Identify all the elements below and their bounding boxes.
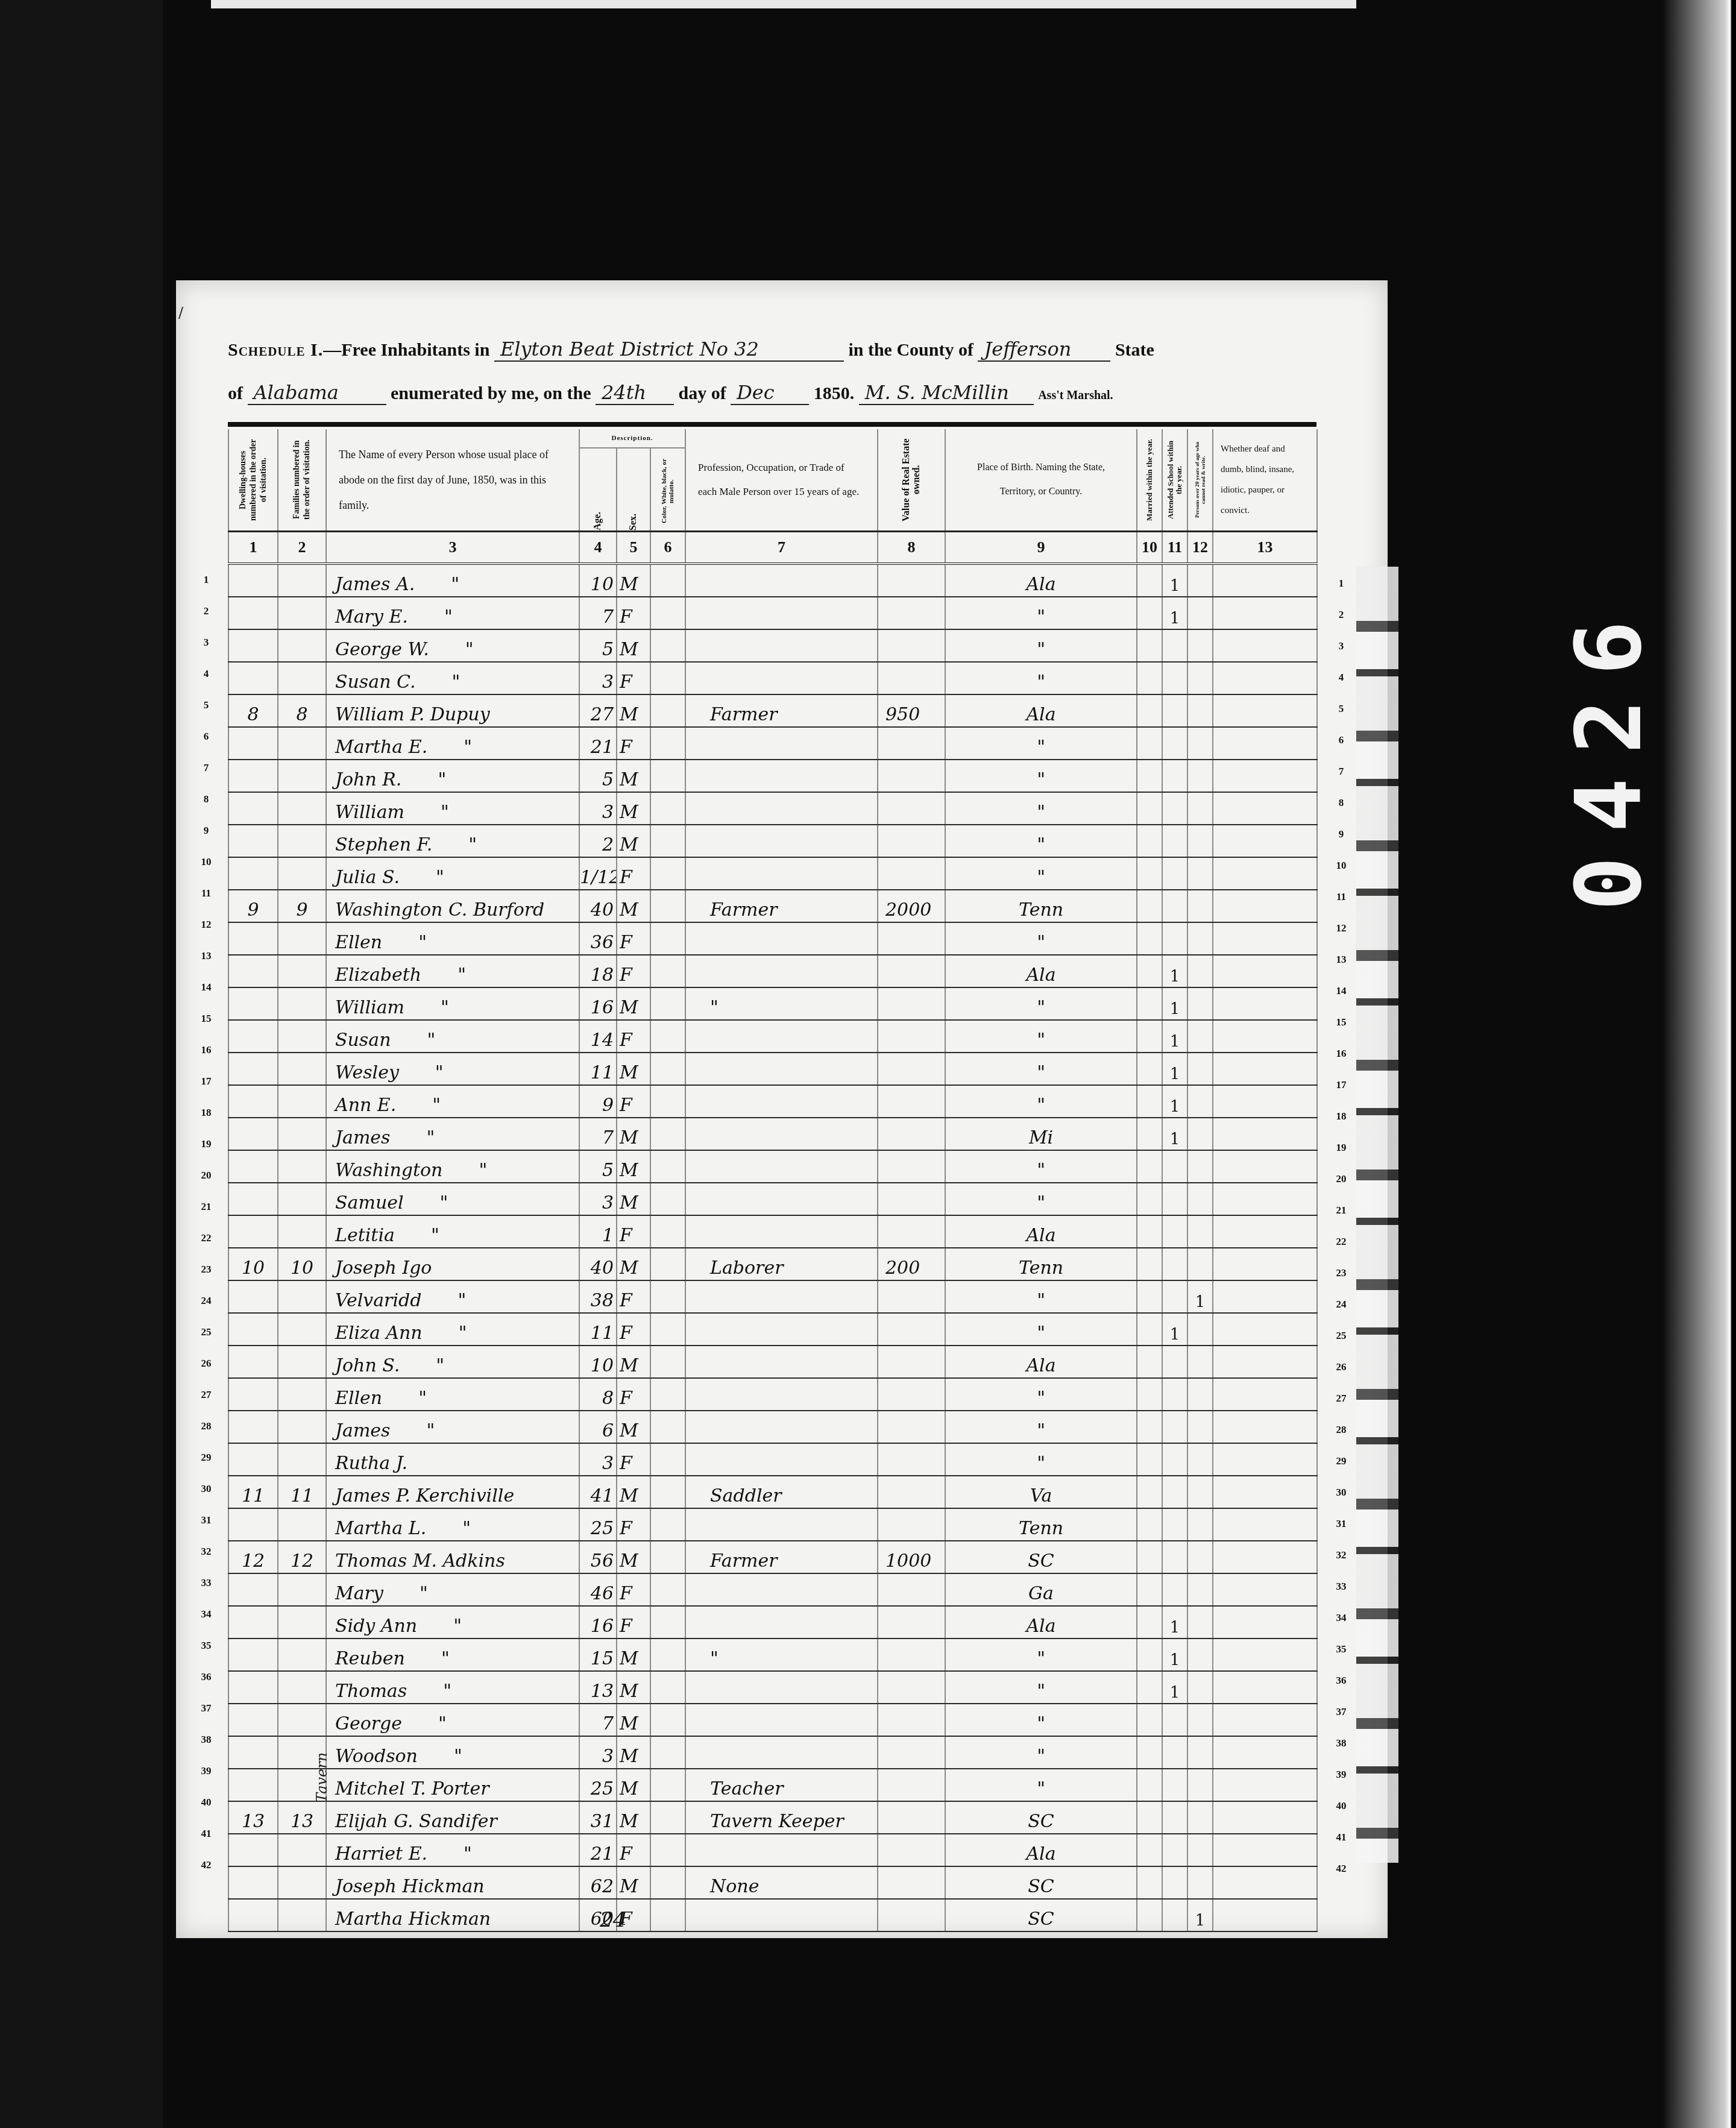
real-estate-value-cell <box>878 1150 945 1183</box>
birthplace-cell: SC <box>945 1866 1137 1899</box>
birthplace-cell: " <box>945 1183 1137 1215</box>
occupation-cell <box>685 1053 878 1085</box>
condition-cell <box>1213 1573 1317 1606</box>
real-estate-value-cell <box>878 1834 945 1866</box>
family-number-cell <box>278 825 326 857</box>
dwelling-number-cell <box>228 825 278 857</box>
col-header-dwelling: Dwelling-houses numbered in the order of… <box>228 429 278 532</box>
line-number: 10 <box>1329 850 1353 881</box>
birthplace-cell: SC <box>945 1801 1137 1834</box>
person-name-cell: Mary E." <box>326 597 579 629</box>
real-estate-value-cell <box>878 1280 945 1313</box>
schedule-header-line-1: Schedule I.—Free Inhabitants in Elyton B… <box>228 338 1154 362</box>
age-cell: 18 <box>579 955 617 987</box>
person-name: Sidy Ann <box>335 1616 417 1637</box>
birthplace-cell: " <box>945 1769 1137 1801</box>
school-mark-cell <box>1162 1899 1187 1931</box>
occupation-cell: Farmer <box>685 1541 878 1573</box>
age-cell: 56 <box>579 1541 617 1573</box>
line-number: 35 <box>1329 1634 1353 1665</box>
schedule-label: Schedule I. <box>228 340 323 360</box>
dwelling-number-cell <box>228 1638 278 1671</box>
real-estate-value-cell <box>878 727 945 760</box>
birthplace-cell: " <box>945 1443 1137 1476</box>
county-field: Jefferson <box>978 338 1110 362</box>
condition-cell <box>1213 629 1317 662</box>
family-number-cell <box>278 629 326 662</box>
birthplace-cell: SC <box>945 1541 1137 1573</box>
real-estate-value-cell <box>878 1443 945 1476</box>
person-name: Susan <box>335 1030 391 1051</box>
married-mark-cell <box>1137 727 1162 760</box>
line-number: 5 <box>1329 693 1353 725</box>
condition-cell <box>1213 1183 1317 1215</box>
school-mark-cell <box>1162 825 1187 857</box>
married-mark-cell <box>1137 825 1162 857</box>
person-name: Joseph Hickman <box>335 1876 485 1897</box>
illiterate-mark-cell <box>1187 727 1213 760</box>
family-number-cell <box>278 922 326 955</box>
person-name: Martha Hickman <box>335 1909 491 1930</box>
illiterate-mark-cell <box>1187 922 1213 955</box>
school-mark-cell: 1 <box>1162 1606 1187 1638</box>
dwelling-number-cell <box>228 629 278 662</box>
condition-cell <box>1213 987 1317 1020</box>
line-number: 13 <box>1329 944 1353 975</box>
illiterate-mark-cell <box>1187 1866 1213 1899</box>
dwelling-number-cell <box>228 1020 278 1053</box>
line-number: 25 <box>194 1320 218 1352</box>
school-mark-cell <box>1162 1736 1187 1769</box>
sex-cell: F <box>617 1834 650 1866</box>
birthplace-cell: Tenn <box>945 1248 1137 1280</box>
occupation-cell <box>685 955 878 987</box>
line-number: 27 <box>194 1383 218 1414</box>
occupation-cell <box>685 1834 878 1866</box>
condition-cell <box>1213 890 1317 922</box>
census-row: George W."5M" <box>228 629 1317 662</box>
family-number-cell <box>278 1704 326 1736</box>
census-row: William"16M""1 <box>228 987 1317 1020</box>
color-cell <box>650 1150 685 1183</box>
real-estate-value-cell <box>878 1736 945 1769</box>
census-row: Washington"5M" <box>228 1150 1317 1183</box>
school-mark-cell <box>1162 1573 1187 1606</box>
illiterate-mark-cell <box>1187 1704 1213 1736</box>
dwelling-number-cell <box>228 1508 278 1541</box>
person-name-cell: Joseph Igo <box>326 1248 579 1280</box>
sex-cell: F <box>617 922 650 955</box>
age-cell: 2 <box>579 825 617 857</box>
census-row: Ellen"36F" <box>228 922 1317 955</box>
family-number-cell <box>278 1606 326 1638</box>
line-number: 12 <box>194 913 218 944</box>
line-number: 7 <box>194 756 218 787</box>
col-number: 5 <box>617 532 650 564</box>
line-number: 38 <box>1329 1728 1353 1759</box>
census-row: Sidy Ann"16FAla1 <box>228 1606 1317 1638</box>
birthplace-cell: SC <box>945 1899 1137 1931</box>
color-cell <box>650 1606 685 1638</box>
color-cell <box>650 1834 685 1866</box>
real-estate-value-cell <box>878 1801 945 1834</box>
condition-cell <box>1213 1313 1317 1346</box>
age-cell: 25 <box>579 1508 617 1541</box>
surname-ditto-mark: " <box>465 639 474 660</box>
person-name-cell: Martha Hickman <box>326 1899 579 1931</box>
illiterate-mark-cell <box>1187 987 1213 1020</box>
condition-cell <box>1213 1866 1317 1899</box>
married-mark-cell <box>1137 1834 1162 1866</box>
census-row: 1212Thomas M. Adkins56MFarmer1000SC <box>228 1541 1317 1573</box>
dwelling-number-cell: 12 <box>228 1541 278 1573</box>
person-name-cell: James" <box>326 1411 579 1443</box>
illiterate-mark-cell <box>1187 1248 1213 1280</box>
line-number: 3 <box>1329 631 1353 662</box>
line-number: 34 <box>1329 1602 1353 1634</box>
col-number: 8 <box>878 532 945 564</box>
family-number-cell: 12 <box>278 1541 326 1573</box>
age-cell: 3 <box>579 1736 617 1769</box>
sex-cell: M <box>617 1769 650 1801</box>
sex-cell: M <box>617 1541 650 1573</box>
line-number: 18 <box>194 1101 218 1132</box>
illiterate-mark-cell <box>1187 1736 1213 1769</box>
condition-cell <box>1213 1280 1317 1313</box>
person-name-cell: Velvaridd" <box>326 1280 579 1313</box>
color-cell <box>650 760 685 792</box>
real-estate-value-cell <box>878 597 945 629</box>
birthplace-cell: " <box>945 597 1137 629</box>
married-mark-cell <box>1137 1313 1162 1346</box>
age-cell: 3 <box>579 662 617 694</box>
real-estate-value-cell <box>878 760 945 792</box>
occupation-cell: " <box>685 1638 878 1671</box>
dwelling-number-cell <box>228 987 278 1020</box>
illiterate-mark-cell <box>1187 1378 1213 1411</box>
school-mark-cell <box>1162 1248 1187 1280</box>
occupation-cell <box>685 597 878 629</box>
school-mark-cell <box>1162 857 1187 890</box>
surname-ditto-mark: " <box>418 1388 427 1409</box>
surname-ditto-mark: " <box>440 1192 448 1214</box>
color-cell <box>650 1085 685 1118</box>
school-mark-cell: 1 <box>1162 1020 1187 1053</box>
line-number: 6 <box>1329 725 1353 756</box>
census-row: Stephen F."2M" <box>228 825 1317 857</box>
color-cell <box>650 1215 685 1248</box>
birthplace-cell: " <box>945 1704 1137 1736</box>
school-mark-cell: 1 <box>1162 1671 1187 1704</box>
sex-cell: F <box>617 1606 650 1638</box>
col-number: 9 <box>945 532 1137 564</box>
dwelling-number-cell <box>228 1150 278 1183</box>
color-cell <box>650 955 685 987</box>
col-number: 6 <box>650 532 685 564</box>
col-number: 12 <box>1187 532 1213 564</box>
birthplace-cell: Tenn <box>945 1508 1137 1541</box>
married-mark-cell <box>1137 564 1162 597</box>
dwelling-number-cell: 9 <box>228 890 278 922</box>
sex-cell: M <box>617 1704 650 1736</box>
dwelling-number-cell <box>228 1053 278 1085</box>
real-estate-value-cell <box>878 1606 945 1638</box>
line-number: 15 <box>1329 1007 1353 1038</box>
school-mark-cell <box>1162 1443 1187 1476</box>
person-name: Ann E. <box>335 1095 396 1116</box>
condition-cell <box>1213 1020 1317 1053</box>
birthplace-cell: " <box>945 1378 1137 1411</box>
dwelling-number-cell <box>228 662 278 694</box>
birthplace-cell: Ala <box>945 1346 1137 1378</box>
dwelling-number-cell <box>228 1183 278 1215</box>
family-number-cell <box>278 1118 326 1150</box>
person-name-cell: Letitia" <box>326 1215 579 1248</box>
color-cell <box>650 1801 685 1834</box>
age-cell: 9 <box>579 1085 617 1118</box>
dwelling-number-cell <box>228 1704 278 1736</box>
occupation-cell <box>685 922 878 955</box>
header-text: day of <box>678 383 726 403</box>
school-mark-cell <box>1162 694 1187 727</box>
col-number: 13 <box>1213 532 1317 564</box>
microfilm-right-border <box>1664 0 1736 2128</box>
sex-cell: M <box>617 1150 650 1183</box>
occupation-cell <box>685 825 878 857</box>
torn-page-edge <box>1356 567 1398 1863</box>
person-name-cell: Elizabeth" <box>326 955 579 987</box>
color-cell <box>650 1053 685 1085</box>
col-header-birthplace: Place of Birth. Naming the State, Territ… <box>945 429 1137 532</box>
illiterate-mark-cell <box>1187 955 1213 987</box>
family-number-cell <box>278 1899 326 1931</box>
color-cell <box>650 597 685 629</box>
person-name: Harriet E. <box>335 1843 427 1865</box>
age-cell: 13 <box>579 1671 617 1704</box>
dwelling-number-cell <box>228 1085 278 1118</box>
illiterate-mark-cell <box>1187 694 1213 727</box>
header-rule <box>228 422 1316 427</box>
sex-cell: F <box>617 597 650 629</box>
col-number: 4 <box>579 532 617 564</box>
line-number: 15 <box>194 1007 218 1038</box>
school-mark-cell <box>1162 760 1187 792</box>
sex-cell: M <box>617 564 650 597</box>
birthplace-cell: Mi <box>945 1118 1137 1150</box>
sex-cell: M <box>617 1183 650 1215</box>
real-estate-value-cell: 2000 <box>878 890 945 922</box>
married-mark-cell <box>1137 857 1162 890</box>
school-mark-cell <box>1162 727 1187 760</box>
surname-ditto-mark: " <box>420 1583 428 1604</box>
dwelling-number-cell <box>228 922 278 955</box>
person-name-cell: William" <box>326 987 579 1020</box>
school-mark-cell: 1 <box>1162 1085 1187 1118</box>
illiterate-mark-cell <box>1187 1346 1213 1378</box>
line-number: 11 <box>1329 881 1353 913</box>
real-estate-value-cell <box>878 922 945 955</box>
married-mark-cell <box>1137 1183 1162 1215</box>
dwelling-number-cell <box>228 1346 278 1378</box>
married-mark-cell <box>1137 1638 1162 1671</box>
sex-cell: F <box>617 1508 650 1541</box>
real-estate-value-cell: 200 <box>878 1248 945 1280</box>
occupation-cell <box>685 1346 878 1378</box>
surname-ditto-mark: " <box>436 1355 444 1376</box>
surname-ditto-mark: " <box>451 574 459 595</box>
birthplace-cell: Ga <box>945 1573 1137 1606</box>
census-row: Thomas"13M"1 <box>228 1671 1317 1704</box>
school-mark-cell <box>1162 1704 1187 1736</box>
surname-ditto-mark: " <box>454 1746 462 1767</box>
illiterate-mark-cell <box>1187 1834 1213 1866</box>
occupation-cell <box>685 1508 878 1541</box>
col-header-school: Attended School within the year. <box>1162 429 1187 532</box>
census-row: George"7M" <box>228 1704 1317 1736</box>
sex-cell: F <box>617 1085 650 1118</box>
family-number-cell <box>278 857 326 890</box>
line-number: 26 <box>1329 1352 1353 1383</box>
person-name: Stephen F. <box>335 834 432 855</box>
census-row: James"6M" <box>228 1411 1317 1443</box>
dwelling-number-cell <box>228 1118 278 1150</box>
person-name-cell: Susan C." <box>326 662 579 694</box>
condition-cell <box>1213 1476 1317 1508</box>
condition-cell <box>1213 955 1317 987</box>
condition-cell <box>1213 1638 1317 1671</box>
dwelling-number-cell <box>228 1671 278 1704</box>
school-mark-cell <box>1162 1476 1187 1508</box>
month-field: Dec <box>731 381 809 405</box>
person-name-cell: Thomas" <box>326 1671 579 1704</box>
illiterate-mark-cell <box>1187 1020 1213 1053</box>
sex-cell: M <box>617 1476 650 1508</box>
birthplace-cell: " <box>945 825 1137 857</box>
color-cell <box>650 1378 685 1411</box>
microfilm-left-border <box>0 0 163 2128</box>
person-name: Washington <box>335 1160 442 1181</box>
col-header-real-estate: Value of Real Estate owned. <box>878 429 945 532</box>
line-number: 36 <box>1329 1665 1353 1696</box>
census-row: James A."10MAla1 <box>228 564 1317 597</box>
person-name: Mary <box>335 1583 383 1604</box>
occupation-cell <box>685 1411 878 1443</box>
occupation-cell <box>685 1899 878 1931</box>
family-number-cell: 8 <box>278 694 326 727</box>
real-estate-value-cell <box>878 1215 945 1248</box>
census-row: Ellen"8F" <box>228 1378 1317 1411</box>
birthplace-cell: Va <box>945 1476 1137 1508</box>
line-number: 27 <box>1329 1383 1353 1414</box>
age-cell: 14 <box>579 1020 617 1053</box>
school-mark-cell: 1 <box>1162 1313 1187 1346</box>
col-header-occupation: Profession, Occupation, or Trade of each… <box>685 429 878 532</box>
condition-cell <box>1213 1053 1317 1085</box>
condition-cell <box>1213 1801 1317 1834</box>
census-row: Reuben"15M""1 <box>228 1638 1317 1671</box>
age-cell: 5 <box>579 629 617 662</box>
person-name: Reuben <box>335 1648 405 1669</box>
family-number-cell <box>278 1313 326 1346</box>
person-name: William P. Dupuy <box>335 704 490 725</box>
sex-cell: M <box>617 694 650 727</box>
real-estate-value-cell <box>878 1085 945 1118</box>
census-row: James"7MMi1 <box>228 1118 1317 1150</box>
illiterate-mark-cell <box>1187 1541 1213 1573</box>
age-cell: 16 <box>579 1606 617 1638</box>
condition-cell <box>1213 564 1317 597</box>
family-number-cell <box>278 1183 326 1215</box>
birthplace-cell: " <box>945 1736 1137 1769</box>
real-estate-value-cell <box>878 1020 945 1053</box>
age-cell: 5 <box>579 1150 617 1183</box>
line-number: 4 <box>1329 662 1353 693</box>
person-name-cell: Ellen" <box>326 922 579 955</box>
sex-cell: F <box>617 1280 650 1313</box>
occupation-cell: Farmer <box>685 890 878 922</box>
real-estate-value-cell <box>878 1378 945 1411</box>
school-mark-cell <box>1162 662 1187 694</box>
surname-ditto-mark: " <box>458 1290 466 1311</box>
dwelling-number-cell <box>228 955 278 987</box>
dwelling-number-cell <box>228 1834 278 1866</box>
real-estate-value-cell <box>878 1118 945 1150</box>
birthplace-cell: " <box>945 1053 1137 1085</box>
real-estate-value-cell <box>878 1638 945 1671</box>
sex-cell: M <box>617 629 650 662</box>
school-mark-cell <box>1162 1508 1187 1541</box>
person-name-cell: Martha E." <box>326 727 579 760</box>
right-line-numbers: 1234567891011121314151617181920212223242… <box>1329 568 1353 1884</box>
surname-ditto-mark: " <box>427 1420 435 1441</box>
real-estate-value-cell <box>878 1411 945 1443</box>
person-name: Elijah G. Sandifer <box>335 1811 497 1832</box>
surname-ditto-mark: " <box>436 867 444 888</box>
birthplace-cell: Ala <box>945 1606 1137 1638</box>
real-estate-value-cell <box>878 629 945 662</box>
person-name-cell: William" <box>326 792 579 825</box>
age-cell: 1 <box>579 1215 617 1248</box>
color-cell <box>650 792 685 825</box>
line-number: 20 <box>1329 1163 1353 1195</box>
illiterate-mark-cell <box>1187 1053 1213 1085</box>
condition-cell <box>1213 1769 1317 1801</box>
age-cell: 31 <box>579 1801 617 1834</box>
col-number: 3 <box>326 532 579 564</box>
line-number: 20 <box>194 1163 218 1195</box>
day-field: 24th <box>596 381 674 405</box>
illiterate-mark-cell <box>1187 1085 1213 1118</box>
occupation-cell <box>685 857 878 890</box>
col-header-illiterate: Persons over 20 years of age who cannot … <box>1187 429 1213 532</box>
line-number: 8 <box>1329 787 1353 819</box>
line-number: 42 <box>194 1853 218 1884</box>
corner-pencil-mark: / <box>178 304 183 321</box>
condition-cell <box>1213 1671 1317 1704</box>
color-cell <box>650 694 685 727</box>
illiterate-mark-cell <box>1187 1476 1213 1508</box>
person-name: Ellen <box>335 1388 382 1409</box>
occupation-cell <box>685 1280 878 1313</box>
dwelling-number-cell <box>228 760 278 792</box>
married-mark-cell <box>1137 1769 1162 1801</box>
census-row: Mary E."7F"1 <box>228 597 1317 629</box>
color-cell <box>650 1541 685 1573</box>
person-name-cell: Rutha J. <box>326 1443 579 1476</box>
person-name: John R. <box>335 769 401 790</box>
family-number-cell <box>278 1150 326 1183</box>
age-cell: 36 <box>579 922 617 955</box>
